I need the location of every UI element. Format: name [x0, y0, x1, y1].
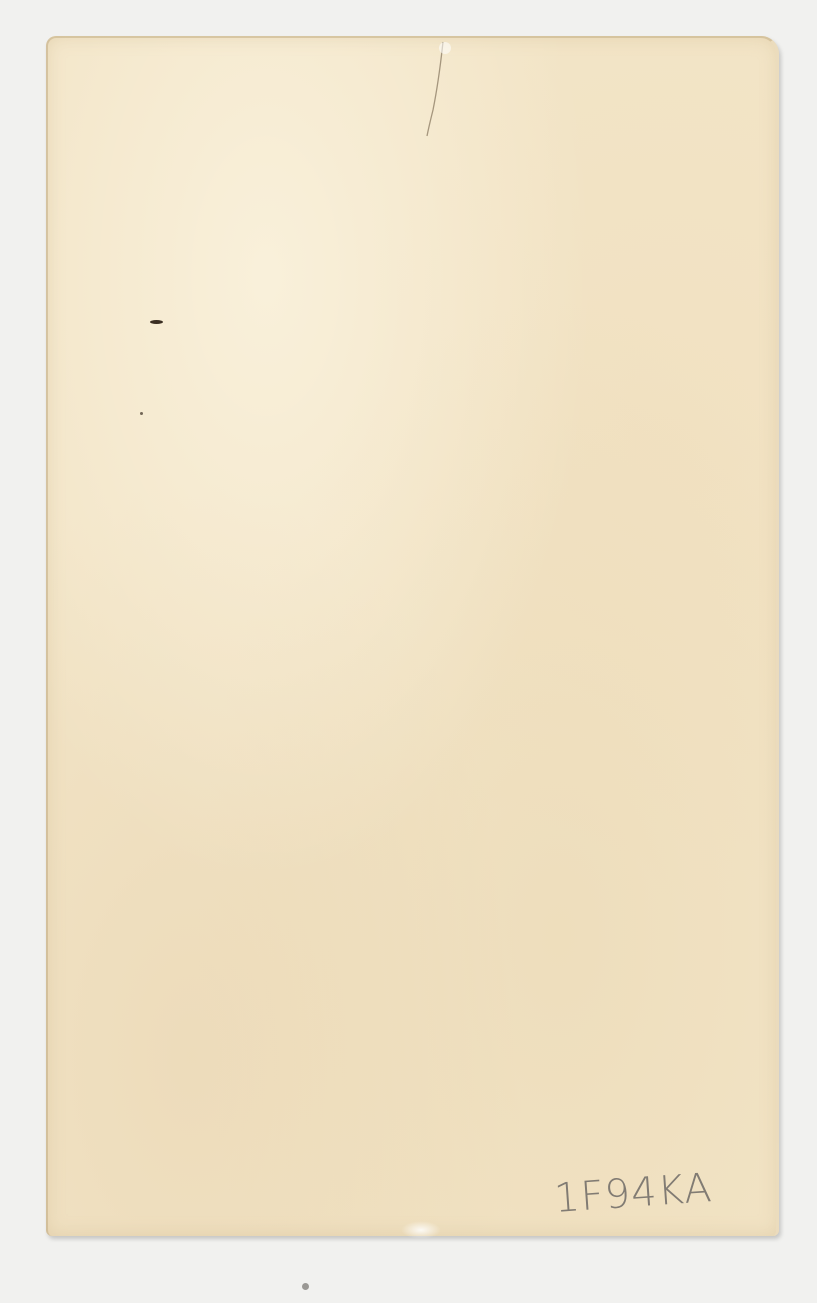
crease-mark: [421, 40, 461, 140]
background-speck: [302, 1283, 309, 1290]
edge-tear: [401, 1221, 441, 1239]
ink-speck: [140, 412, 143, 415]
pencil-inscription: 1F94KA: [553, 1165, 714, 1222]
card-back: 1F94KA: [46, 36, 779, 1236]
ink-speck: [150, 320, 163, 324]
